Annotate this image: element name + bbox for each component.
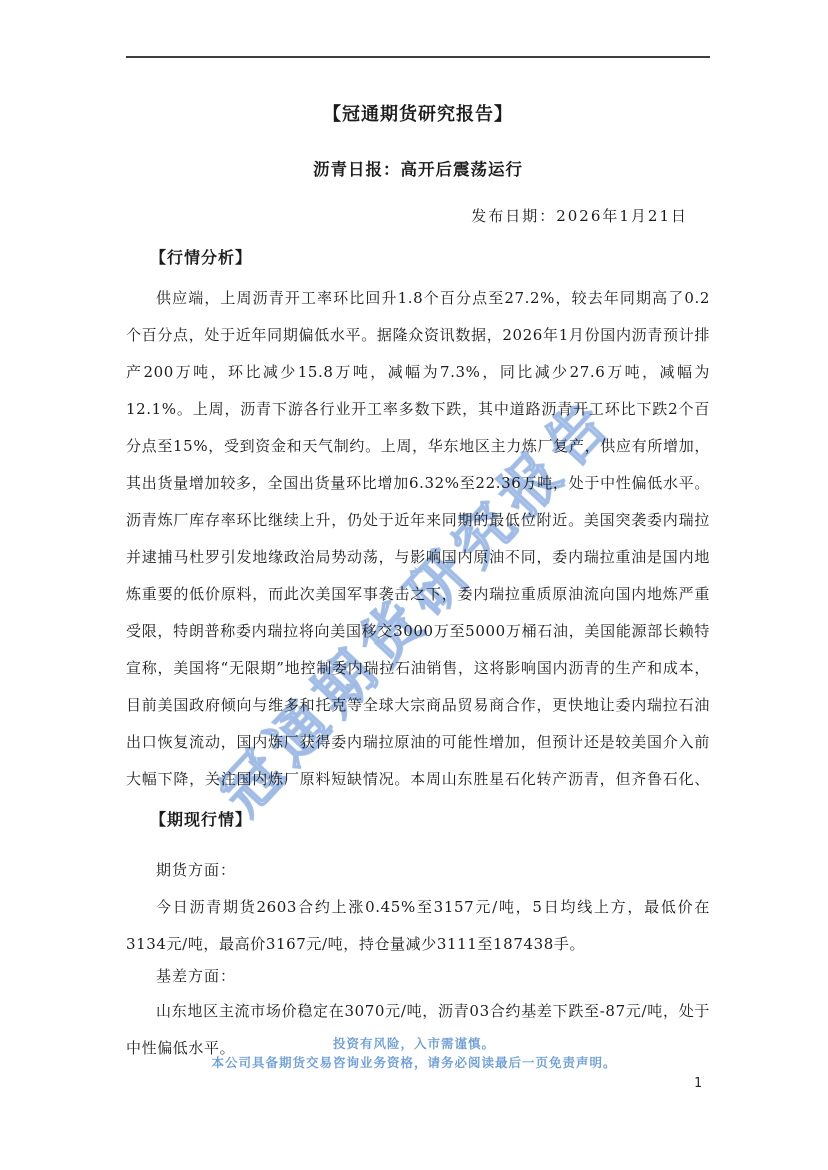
report-content: 【冠通期货研究报告】 沥青日报：高开后震荡运行 发布日期：2026年1月21日 …	[126, 0, 710, 1067]
publish-date: 发布日期：2026年1月21日	[126, 205, 710, 226]
futures-paragraph: 今日沥青期货2603合约上涨0.45%至3157元/吨，5日均线上方，最低价在3…	[126, 889, 710, 963]
basis-label: 基差方面：	[156, 967, 710, 985]
section-heading-market: 【期现行情】	[150, 810, 710, 829]
footer-risk-warning: 投资有风险，入市需谨慎。	[0, 1034, 828, 1052]
report-page: 冠通期货研究报告 【冠通期货研究报告】 沥青日报：高开后震荡运行 发布日期：20…	[0, 0, 828, 1170]
section-heading-analysis: 【行情分析】	[150, 248, 710, 267]
report-series-title: 【冠通期货研究报告】	[126, 100, 710, 126]
header-divider	[126, 56, 710, 58]
report-title: 沥青日报：高开后震荡运行	[126, 156, 710, 180]
futures-label: 期货方面：	[156, 861, 710, 879]
page-number: 1	[694, 1076, 702, 1091]
footer-disclaimer: 本公司具备期货交易咨询业务资格，请务必阅读最后一页免责声明。	[0, 1053, 828, 1071]
analysis-paragraph: 供应端，上周沥青开工率环比回升1.8个百分点至27.2%，较去年同期高了0.2个…	[126, 280, 710, 798]
